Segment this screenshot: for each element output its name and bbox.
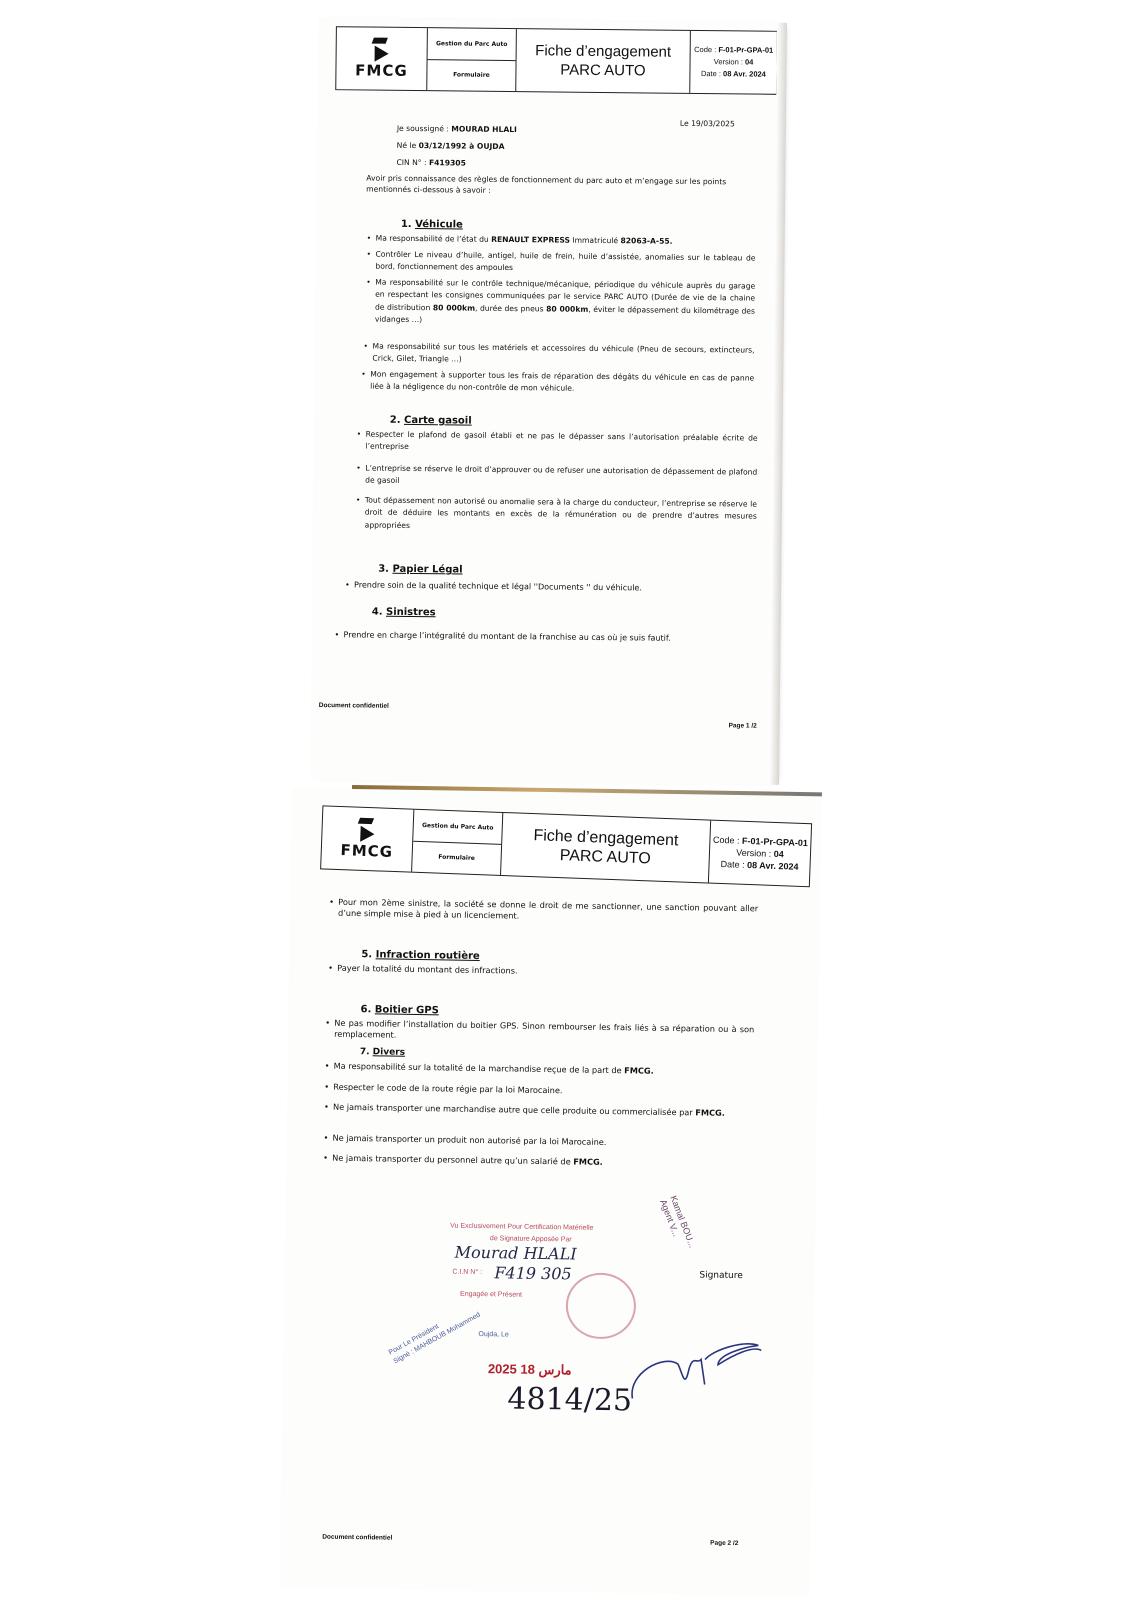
register-number: 4814/25 [507, 1381, 632, 1418]
list-item: •Ma responsabilité sur le contrôle techn… [375, 277, 755, 331]
section-3-title: 3. Papier Légal [378, 564, 462, 576]
list-item: •Respecter le code de la route régie par… [333, 1082, 753, 1100]
fmcg-logo-icon [354, 818, 381, 843]
footer-confidential: Document confidentiel [319, 702, 389, 710]
list-item: •Prendre soin de la qualité technique et… [354, 579, 754, 596]
signature-label: Signature [699, 1270, 743, 1282]
department-label: Gestion du Parc Auto [413, 810, 502, 845]
cin-number: CIN N° : F419305 [396, 157, 466, 169]
document-header: FMCG Gestion du Parc Auto Formulaire Fic… [335, 26, 778, 95]
document-meta: Code : F-01-Pr-GPA-01 Version : 04 Date … [709, 821, 811, 887]
agent-stamp: Kamal BOU... Agent V... [657, 1194, 697, 1253]
page-number: Page 2 /2 [710, 1540, 738, 1547]
document-title: Fiche d’engagement PARC AUTO [501, 813, 711, 883]
intro-paragraph: Avoir pris connaissance des règles de fo… [366, 173, 746, 199]
list-item: •Mon engagement à supporter tous les fra… [370, 369, 754, 398]
doc-type-label: Formulaire [427, 60, 515, 91]
birth-info: Né le 03/12/1992 à OUJDA [397, 140, 505, 152]
doc-date: 08 Avr. 2024 [723, 69, 766, 78]
list-item: •Tout dépassement non autorisé ou anomal… [365, 495, 757, 536]
section-4-title: 4. Sinistres [372, 607, 436, 619]
section-7-title: 7. Divers [360, 1047, 405, 1058]
list-item: •Ma responsabilité de l’état du RENAULT … [376, 233, 756, 249]
brand-name: FMCG [355, 61, 408, 80]
doc-version: 04 [774, 849, 784, 859]
section-6-title: 6. Boitier GPS [360, 1004, 438, 1016]
signature-scribble [622, 1313, 764, 1415]
doc-version: 04 [745, 57, 753, 66]
list-item: •Ma responsabilité sur tous les matériel… [372, 341, 754, 370]
document-title: Fiche d’engagement PARC AUTO [516, 29, 691, 93]
document-meta: Code : F-01-Pr-GPA-01 Version : 04 Date … [690, 31, 777, 94]
city-label: Oujda, Le [478, 1331, 508, 1338]
list-item: •Ne jamais transporter un produit non au… [332, 1133, 752, 1151]
date-stamp: 2025 مارس 18 [488, 1361, 572, 1378]
list-item: •Prendre en charge l’intégralité du mont… [343, 629, 763, 646]
fmcg-logo-icon [369, 38, 395, 62]
list-item: •Ne pas modifier l’installation du boiti… [334, 1018, 754, 1047]
list-item: •Ne jamais transporter une marchandise a… [333, 1102, 753, 1120]
president-stamp: Pour Le Président Signé : MAHBOUB Mohamm… [387, 1302, 482, 1367]
list-item: •Payer la totalité du montant des infrac… [337, 963, 757, 981]
handwritten-name: Mourad HLALI [455, 1243, 577, 1264]
list-item: •Respecter le plafond de gasoil établi e… [365, 429, 757, 458]
document-page-2: FMCG Gestion du Parc Auto Formulaire Fic… [279, 788, 822, 1596]
brand-name: FMCG [340, 841, 393, 861]
section-2-title: 2. Carte gasoil [390, 415, 472, 427]
doc-code: F-01-Pr-GPA-01 [718, 45, 773, 55]
handwritten-cin: F419 305 [494, 1263, 572, 1283]
footer-confidential: Document confidentiel [322, 1534, 392, 1542]
company-logo: FMCG [321, 806, 414, 871]
list-item: •Ma responsabilité sur la totalité de la… [334, 1061, 754, 1079]
document-page-1: FMCG Gestion du Parc Auto Formulaire Fic… [310, 18, 783, 785]
signatory-name: Je soussigné : MOURAD HLALI [397, 123, 517, 135]
list-item: •Ne jamais transporter du personnel autr… [332, 1153, 752, 1171]
legalization-stamp-header: Vu Exclusivement Pour Certification Maté… [450, 1223, 593, 1232]
page-edge [352, 785, 822, 796]
list-item: •Pour mon 2ème sinistre, la société se d… [338, 897, 758, 926]
list-item: •L’entreprise se réserve le droit d’appr… [365, 463, 757, 492]
company-logo: FMCG [336, 27, 428, 90]
doc-type-label: Formulaire [412, 841, 501, 875]
letter-date: Le 19/03/2025 [680, 118, 735, 130]
department-label: Gestion du Parc Auto [428, 28, 516, 60]
page-number: Page 1 /2 [729, 722, 757, 729]
document-header: FMCG Gestion du Parc Auto Formulaire Fic… [320, 805, 812, 887]
list-item: •Contrôler Le niveau d’huile, antigel, h… [375, 249, 755, 278]
doc-date: 08 Avr. 2024 [747, 860, 799, 872]
section-5-title: 5. Infraction routière [361, 949, 480, 962]
section-1-title: 1. Véhicule [401, 219, 463, 231]
